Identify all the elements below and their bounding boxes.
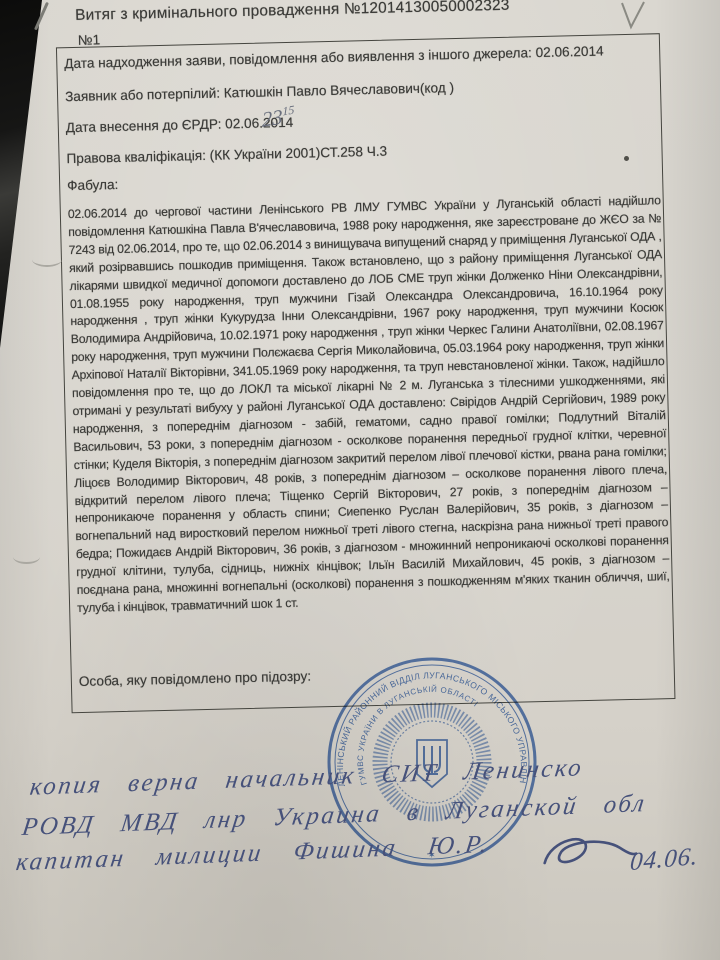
handwritten-time-base: 23 — [262, 104, 283, 132]
field-erdr-date: Дата внесення до ЄРДР: 02.06.2014 — [66, 115, 294, 135]
fabula-label: Фабула: — [67, 177, 118, 193]
handwritten-time-sup: 15 — [282, 102, 294, 118]
margin-curve-mark-lower — [13, 550, 40, 564]
handwritten-time-note: 2315 — [262, 102, 295, 133]
signature-flourish-icon — [537, 827, 640, 878]
field-legal-qualification: Правова кваліфікація: (КК України 2001)С… — [66, 144, 387, 167]
record-table-box: Дата надходження заяви, повідомлення або… — [56, 33, 676, 713]
fabula-text: 02.06.2014 до чергової частини Ленінсько… — [68, 192, 671, 618]
field-claimant: Заявник або потерпілий: Катюшкін Павло В… — [65, 80, 454, 104]
ink-speck — [624, 156, 629, 161]
margin-curve-mark-upper — [32, 252, 62, 267]
suspect-label: Особа, яку повідомлено про підозру: — [79, 669, 312, 689]
photographed-document: Витяг з кримінального провадження №12014… — [0, 0, 720, 960]
pencil-check-mark — [616, 0, 650, 32]
field-date-received: Дата надходження заяви, повідомлення або… — [64, 43, 604, 71]
